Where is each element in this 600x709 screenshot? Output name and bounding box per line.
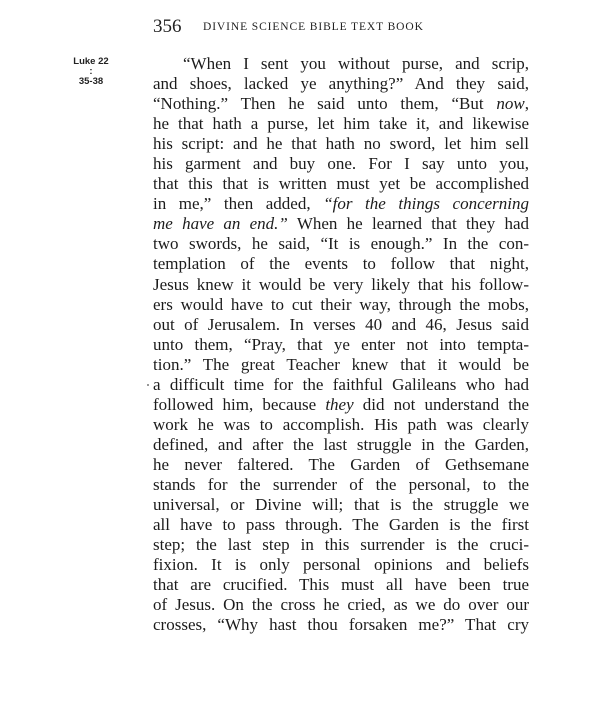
- text-line: his garment and buy one. For I say unto …: [153, 154, 529, 174]
- text-segment: templation of the events to follow that …: [153, 254, 529, 273]
- text-line: out of Jerusalem. In verses 40 and 46, J…: [153, 315, 529, 335]
- text-segment: stands for the surrender of the personal…: [153, 475, 529, 494]
- text-line: work he was to accomplish. His path was …: [153, 415, 529, 435]
- text-segment: “When I sent you without purse, and scri…: [183, 54, 529, 73]
- text-line: ers would have to cut their way, through…: [153, 295, 529, 315]
- page-number: 356: [153, 16, 182, 38]
- text-line: step; the last step in this surrender is…: [153, 535, 529, 555]
- text-segment: When he learned that they had: [288, 214, 529, 233]
- text-segment: he that hath a purse, let him take it, a…: [153, 114, 529, 133]
- text-segment: that are crucified. This must all have b…: [153, 575, 529, 594]
- text-segment: fixion. It is only personal opinions and…: [153, 555, 529, 574]
- text-line: templation of the events to follow that …: [153, 254, 529, 274]
- text-segment: of Jesus. On the cross he cried, as we d…: [153, 595, 529, 614]
- text-segment: he never faltered. The Garden of Gethsem…: [153, 455, 529, 474]
- page-header: 356 Divine Science Bible Text Book: [153, 16, 529, 40]
- text-line: his script: and he that hath no sword, l…: [153, 134, 529, 154]
- italic-text: they: [325, 395, 353, 414]
- text-segment: out of Jerusalem. In verses 40 and 46, J…: [153, 315, 529, 334]
- text-segment: and shoes, lacked ye anything?” And they…: [153, 74, 529, 93]
- text-line: he never faltered. The Garden of Gethsem…: [153, 455, 529, 475]
- text-line: in me,” then added, “for the things conc…: [153, 194, 529, 214]
- text-segment: that this that is written must yet be ac…: [153, 174, 529, 193]
- text-segment: defined, and after the last struggle in …: [153, 435, 529, 454]
- text-line: all have to pass through. The Garden is …: [153, 515, 529, 535]
- text-segment: crosses, “Why hast thou forsaken me?” Th…: [153, 615, 529, 634]
- text-segment: did not understand the: [354, 395, 529, 414]
- running-title: Divine Science Bible Text Book: [203, 21, 424, 33]
- text-segment: ers would have to cut their way, through…: [153, 295, 529, 314]
- scripture-reference-verses: 35-38: [71, 77, 111, 87]
- text-line: that this that is written must yet be ac…: [153, 174, 529, 194]
- text-line: “When I sent you without purse, and scri…: [153, 54, 529, 74]
- text-line: fixion. It is only personal opinions and…: [153, 555, 529, 575]
- text-line: that are crucified. This must all have b…: [153, 575, 529, 595]
- text-segment: in me,” then added,: [153, 194, 323, 213]
- text-segment: two swords, he said, “It is enough.” In …: [153, 234, 529, 253]
- text-line: crosses, “Why hast thou forsaken me?” Th…: [153, 615, 529, 635]
- italic-text: me have an end.”: [153, 214, 288, 233]
- text-segment: work he was to accomplish. His path was …: [153, 415, 529, 434]
- text-line: a difficult time for the faithful Galile…: [153, 375, 529, 395]
- scripture-reference: Luke 22 : 35-38: [71, 57, 111, 87]
- body-text: “When I sent you without purse, and scri…: [153, 54, 529, 635]
- text-segment: unto them, “Pray, that ye enter not into…: [153, 335, 529, 354]
- italic-text: “for the things concerning: [323, 194, 529, 213]
- text-segment: ,: [525, 94, 529, 113]
- text-line: two swords, he said, “It is enough.” In …: [153, 234, 529, 254]
- text-line: stands for the surrender of the personal…: [153, 475, 529, 495]
- text-segment: his garment and buy one. For I say unto …: [153, 154, 529, 173]
- scripture-reference-book: Luke 22 :: [71, 57, 111, 77]
- text-line: of Jesus. On the cross he cried, as we d…: [153, 595, 529, 615]
- text-line: tion.” The great Teacher knew that it wo…: [153, 355, 529, 375]
- text-line: me have an end.” When he learned that th…: [153, 214, 529, 234]
- print-speck: [147, 384, 149, 386]
- text-segment: “Nothing.” Then he said unto them, “But: [153, 94, 496, 113]
- text-line: Jesus knew it would be very likely that …: [153, 275, 529, 295]
- text-line: defined, and after the last struggle in …: [153, 435, 529, 455]
- text-segment: followed him, because: [153, 395, 325, 414]
- text-line: he that hath a purse, let him take it, a…: [153, 114, 529, 134]
- text-segment: step; the last step in this surrender is…: [153, 535, 529, 554]
- text-line: and shoes, lacked ye anything?” And they…: [153, 74, 529, 94]
- text-line: universal, or Divine will; that is the s…: [153, 495, 529, 515]
- text-segment: universal, or Divine will; that is the s…: [153, 495, 529, 514]
- text-segment: a difficult time for the faithful Galile…: [153, 375, 529, 394]
- italic-text: now: [496, 94, 524, 113]
- text-line: followed him, because they did not under…: [153, 395, 529, 415]
- text-segment: tion.” The great Teacher knew that it wo…: [153, 355, 529, 374]
- text-segment: his script: and he that hath no sword, l…: [153, 134, 529, 153]
- text-line: unto them, “Pray, that ye enter not into…: [153, 335, 529, 355]
- text-line: “Nothing.” Then he said unto them, “But …: [153, 94, 529, 114]
- text-segment: Jesus knew it would be very likely that …: [153, 275, 529, 294]
- text-segment: all have to pass through. The Garden is …: [153, 515, 529, 534]
